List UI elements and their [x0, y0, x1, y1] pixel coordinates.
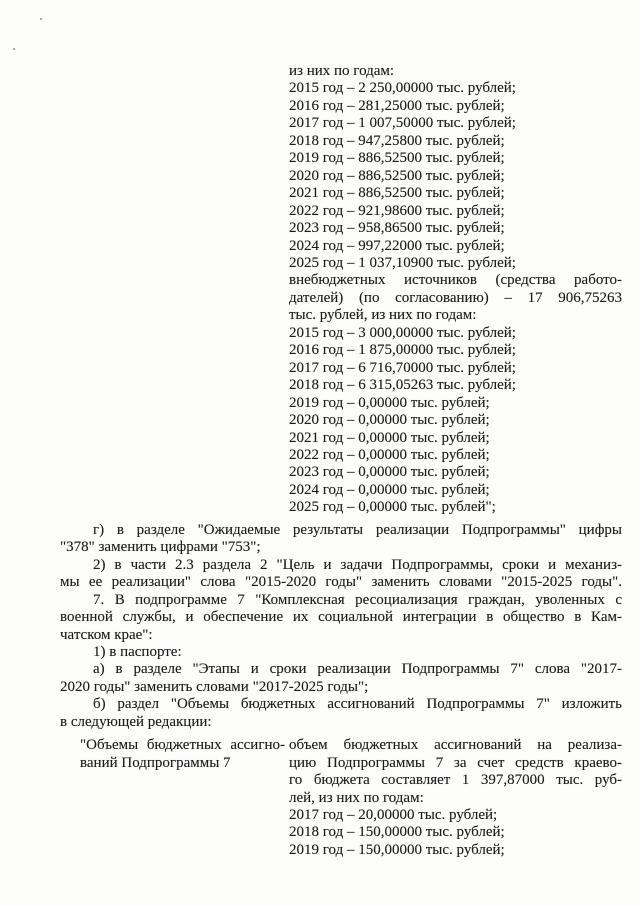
document-line: 2020 годы" заменить словами "2017-2025 г… — [60, 679, 622, 696]
scanned-page: из них по годам:2015 год – 2 250,00000 т… — [0, 0, 640, 905]
document-line: "378" заменить цифрами "753"; — [60, 539, 622, 556]
document-line: 2021 год – 886,52500 тыс. рублей; — [289, 185, 622, 202]
document-line: чатском крае": — [60, 627, 622, 644]
document-line: дателей) (по согласованию) – 17 906,7526… — [289, 290, 622, 307]
document-line: из них по годам: — [289, 63, 622, 80]
document-line: 2018 год – 947,25800 тыс. рублей; — [289, 133, 622, 150]
table-right-column: объем бюджетных ассигнований на реализа-… — [289, 737, 622, 859]
item-7-subprogram-7: 7. В подпрограмме 7 "Комплексная ресоциа… — [60, 592, 622, 644]
item-a-stages-terms: а) в разделе "Этапы и сроки реализации П… — [60, 661, 622, 696]
document-line: 2019 год – 886,52500 тыс. рублей; — [289, 150, 622, 167]
document-line: 2022 год – 921,98600 тыс. рублей; — [289, 203, 622, 220]
document-line: 2017 год – 20,00000 тыс. рублей; — [289, 807, 622, 824]
document-line: го бюджета составляет 1 397,87000 тыс. р… — [289, 772, 622, 789]
document-line: 2019 год – 150,00000 тыс. рублей; — [289, 842, 622, 859]
document-line: 2016 год – 281,25000 тыс. рублей; — [289, 98, 622, 115]
passport-budget-table: "Объемы бюджетных ассигно-ваний Подпрогр… — [60, 737, 622, 859]
document-line: 2016 год – 1 875,00000 тыс. рублей; — [289, 342, 622, 359]
document-line: 2022 год – 0,00000 тыс. рублей; — [289, 447, 622, 464]
document-line: 2015 год – 2 250,00000 тыс. рублей; — [289, 80, 622, 97]
document-line: 2023 год – 958,86500 тыс. рублей; — [289, 220, 622, 237]
scan-speck — [40, 18, 42, 20]
document-line: цию Подпрограммы 7 за счет средств краев… — [289, 755, 622, 772]
budget-allocations-by-year-list: из них по годам:2015 год – 2 250,00000 т… — [289, 63, 622, 517]
document-line: 2017 год – 1 007,50000 тыс. рублей; — [289, 115, 622, 132]
document-line: мы ее реализации" слова "2015-2020 годы"… — [60, 574, 622, 591]
document-line: 2020 год – 886,52500 тыс. рублей; — [289, 168, 622, 185]
document-line: 2025 год – 0,00000 тыс. рублей"; — [289, 499, 622, 516]
document-line: г) в разделе "Ожидаемые результаты реали… — [60, 522, 622, 539]
document-line: 7. В подпрограмме 7 "Комплексная ресоциа… — [60, 592, 622, 609]
document-line: тыс. рублей, из них по годам: — [289, 307, 622, 324]
document-line: объем бюджетных ассигнований на реализа- — [289, 737, 622, 754]
document-line: 2018 год – 150,00000 тыс. рублей; — [289, 824, 622, 841]
scan-speck — [13, 48, 15, 50]
document-line: б) раздел "Объемы бюджетных ассигнований… — [60, 696, 622, 713]
document-line: 1) в паспорте: — [60, 644, 622, 661]
table-left-column: "Объемы бюджетных ассигно-ваний Подпрогр… — [80, 737, 285, 772]
document-line: военной службы, и обеспечение их социаль… — [60, 609, 622, 626]
document-line: внебюджетных источников (средства работо… — [289, 272, 622, 289]
item-g-expected-results: г) в разделе "Ожидаемые результаты реали… — [60, 522, 622, 557]
document-line: ваний Подпрограммы 7 — [80, 755, 285, 772]
document-line: "Объемы бюджетных ассигно- — [80, 737, 285, 754]
document-line: 2018 год – 6 315,05263 тыс. рублей; — [289, 377, 622, 394]
document-line: 2025 год – 1 037,10900 тыс. рублей; — [289, 255, 622, 272]
document-line: 2020 год – 0,00000 тыс. рублей; — [289, 412, 622, 429]
document-line: 2) в части 2.3 раздела 2 "Цель и задачи … — [60, 557, 622, 574]
item-b-budget-section: б) раздел "Объемы бюджетных ассигнований… — [60, 696, 622, 731]
item-2-section-2-goals: 2) в части 2.3 раздела 2 "Цель и задачи … — [60, 557, 622, 592]
document-content: из них по годам:2015 год – 2 250,00000 т… — [60, 63, 622, 859]
document-line: 2024 год – 997,22000 тыс. рублей; — [289, 238, 622, 255]
document-line: 2024 год – 0,00000 тыс. рублей; — [289, 482, 622, 499]
item-1-passport: 1) в паспорте: — [60, 644, 622, 661]
document-line: 2021 год – 0,00000 тыс. рублей; — [289, 430, 622, 447]
document-line: 2023 год – 0,00000 тыс. рублей; — [289, 464, 622, 481]
document-line: 2015 год – 3 000,00000 тыс. рублей; — [289, 325, 622, 342]
document-line: а) в разделе "Этапы и сроки реализации П… — [60, 661, 622, 678]
document-line: 2017 год – 6 716,70000 тыс. рублей; — [289, 360, 622, 377]
document-line: лей, из них по годам: — [289, 790, 622, 807]
document-line: в следующей редакции: — [60, 714, 622, 731]
document-line: 2019 год – 0,00000 тыс. рублей; — [289, 395, 622, 412]
